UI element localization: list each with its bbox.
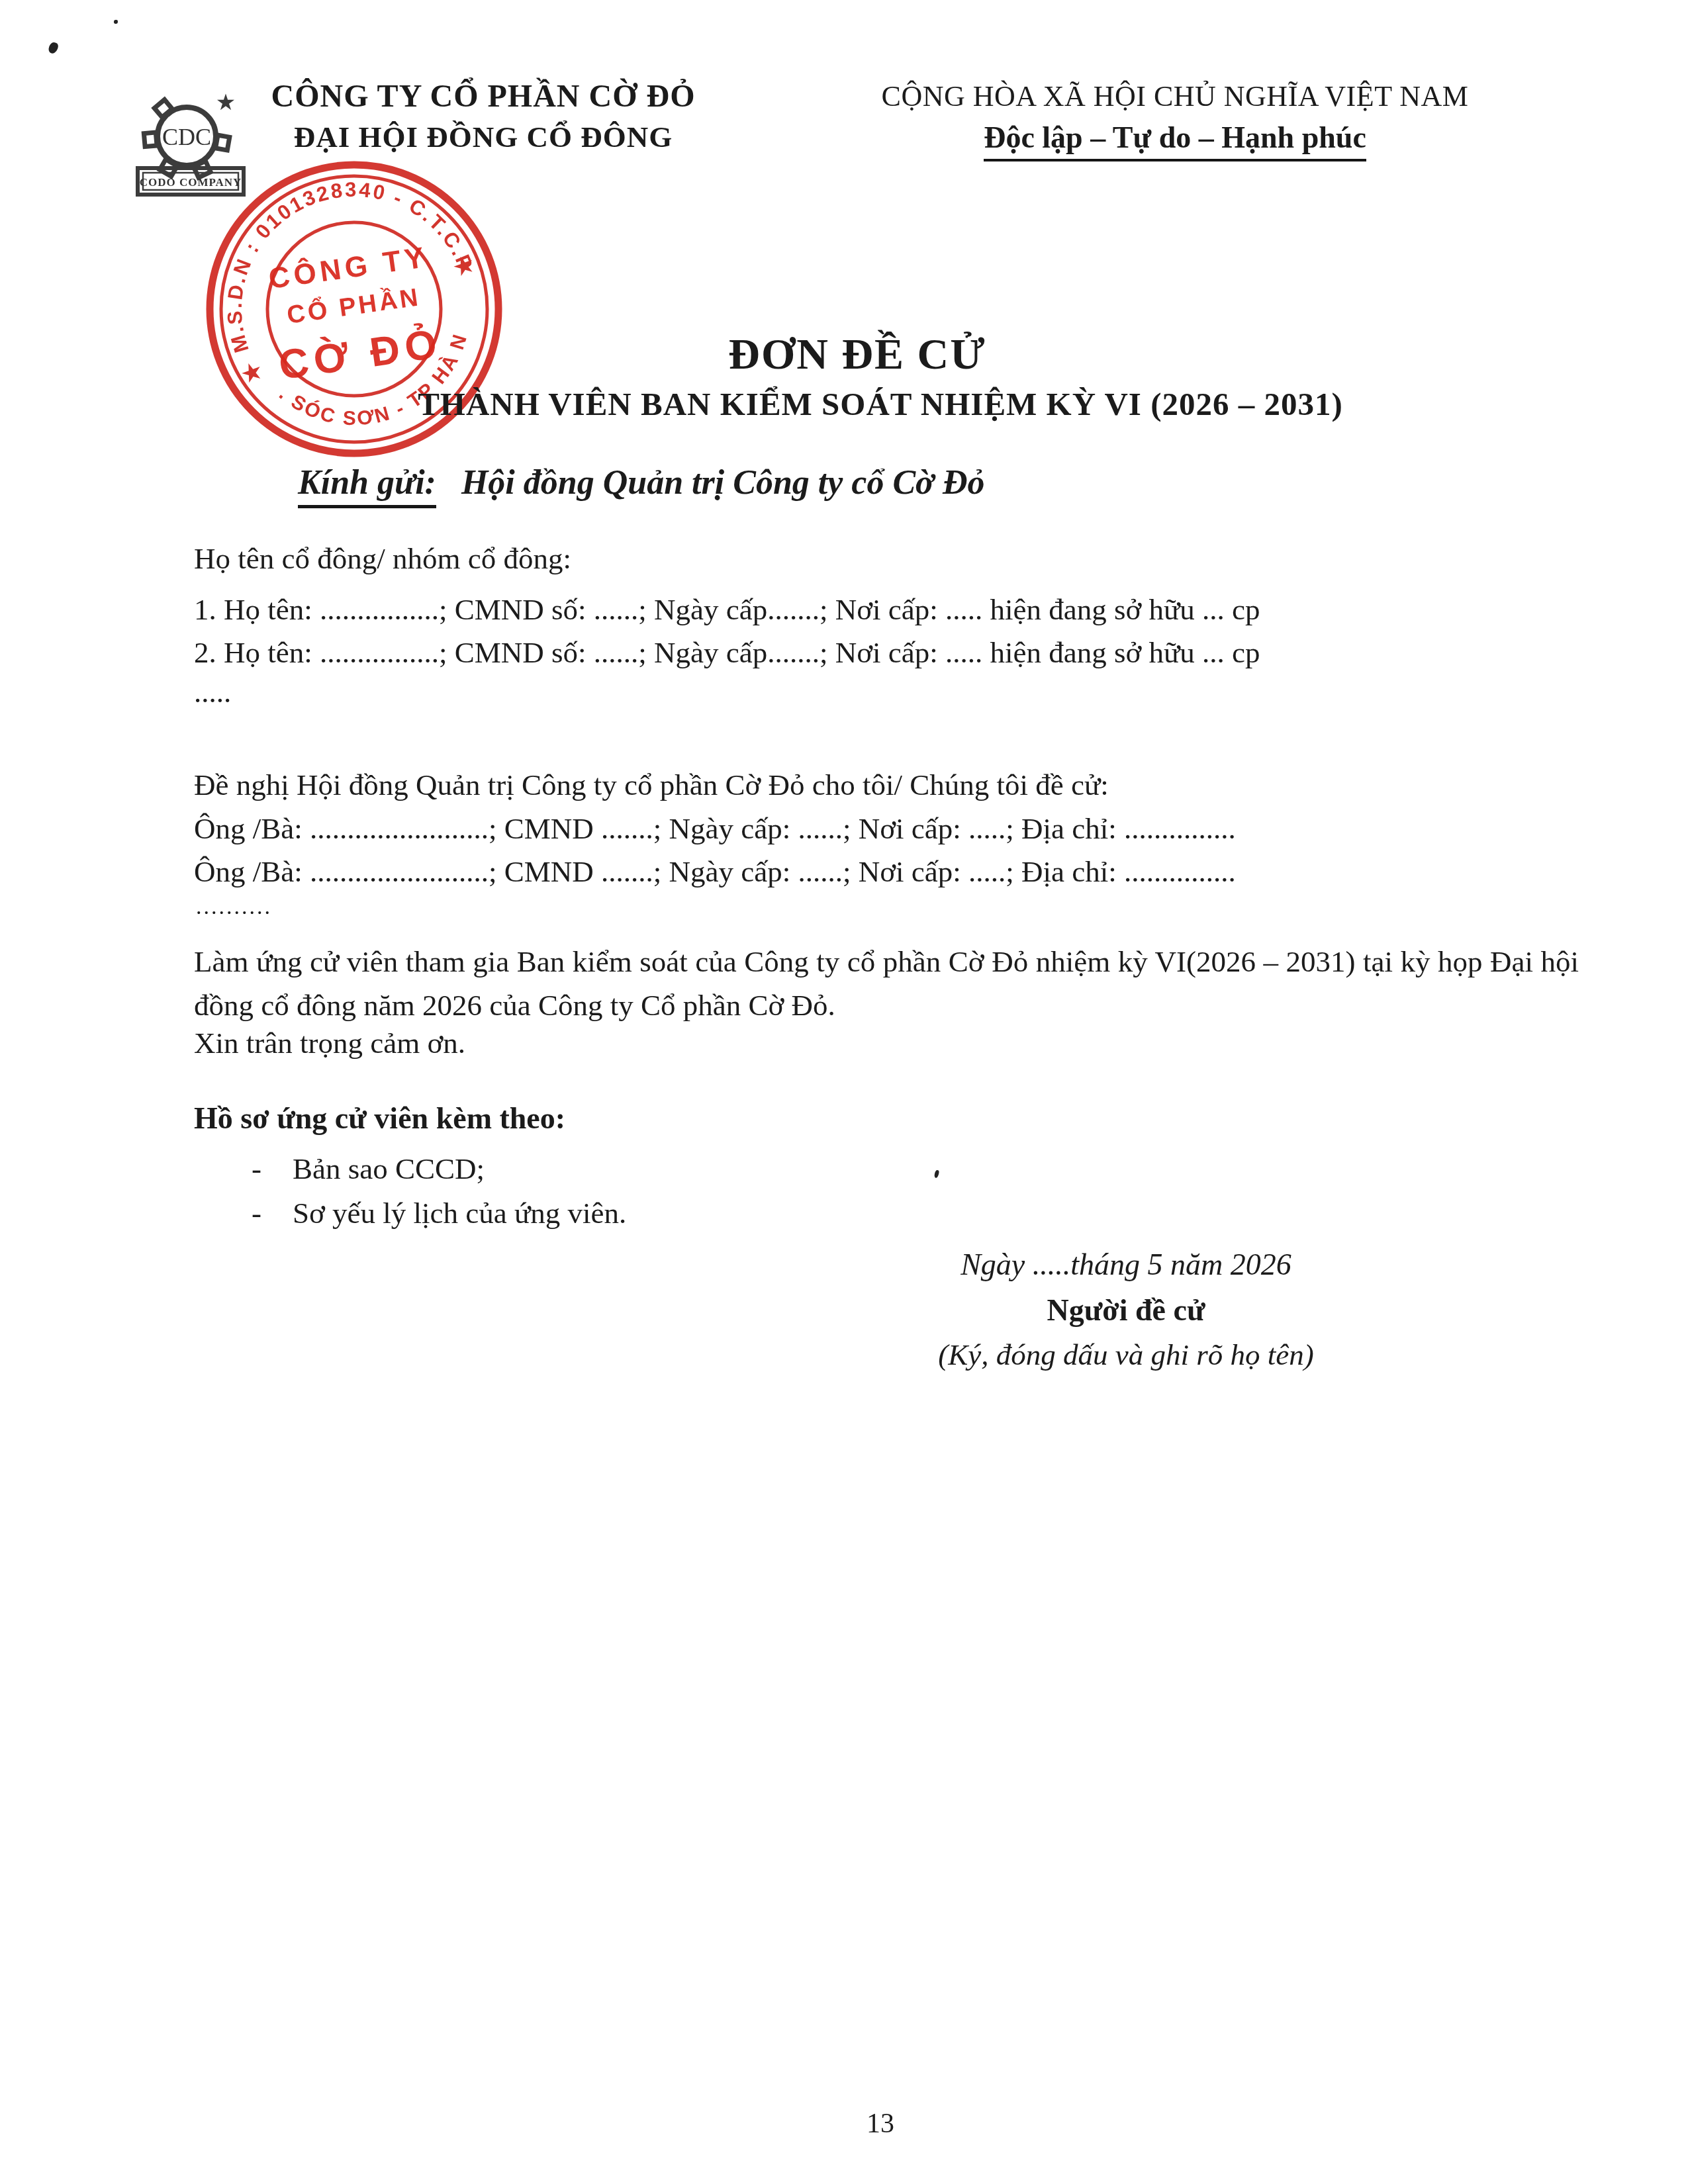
gear-tooth (216, 135, 230, 150)
shareholder-line-1: 1. Họ tên: ................; CMND số: ..… (194, 592, 1260, 627)
bullet-dash: - (252, 1152, 293, 1186)
gear-tooth (144, 132, 157, 146)
nominee-line-1: Ông /Bà: ........................; CMND … (194, 811, 1236, 846)
bullet-dash: - (252, 1196, 293, 1230)
salutation-recipient: Hội đồng Quản trị Công ty cổ Cờ Đỏ (461, 464, 985, 502)
shareholder-intro: Họ tên cổ đông/ nhóm cổ đông: (194, 541, 571, 576)
shareholder-line-2: 2. Họ tên: ................; CMND số: ..… (194, 635, 1260, 670)
document-page: CDC ★ CODO COMPANY CÔNG TY CỔ PHẦN CỜ ĐỎ… (0, 0, 1688, 2184)
attachment-item: -Bản sao CCCD; (252, 1152, 485, 1186)
purpose-paragraph: Làm ứng cử viên tham gia Ban kiểm soát c… (194, 940, 1579, 1027)
ellipsis-line: ..... (194, 675, 231, 709)
header-company-block: CÔNG TY CỔ PHẦN CỜ ĐỎ ĐẠI HỘI ĐỒNG CỔ ĐÔ… (265, 78, 702, 154)
form-title: ĐƠN ĐỀ CỬ (0, 330, 1688, 380)
header-national-block: CỘNG HÒA XÃ HỘI CHỦ NGHĨA VIỆT NAM Độc l… (841, 79, 1509, 161)
signature-note: (Ký, đóng dấu và ghi rõ họ tên) (898, 1338, 1354, 1372)
ink-speck (934, 1170, 939, 1179)
national-motto-line1: CỘNG HÒA XÃ HỘI CHỦ NGHĨA VIỆT NAM (841, 79, 1509, 113)
ellipsis-line-small: .......... (196, 895, 272, 920)
company-name: CÔNG TY CỔ PHẦN CỜ ĐỎ (265, 78, 702, 114)
request-line: Đề nghị Hội đồng Quản trị Công ty cổ phầ… (194, 768, 1109, 802)
national-motto-line2: Độc lập – Tự do – Hạnh phúc (984, 120, 1366, 161)
ink-speck (47, 41, 59, 54)
salutation-label: Kính gửi: (298, 463, 436, 508)
issuing-body: ĐẠI HỘI ĐỒNG CỔ ĐÔNG (265, 120, 702, 154)
signature-date-line: Ngày .....tháng 5 năm 2026 (898, 1247, 1354, 1282)
ink-speck (114, 20, 118, 24)
attachment-item-label: Bản sao CCCD; (293, 1152, 485, 1185)
attachment-item-label: Sơ yếu lý lịch của ứng viên. (293, 1197, 626, 1230)
salutation-line: Kính gửi:Hội đồng Quản trị Công ty cổ Cờ… (298, 463, 985, 508)
form-subtitle: THÀNH VIÊN BAN KIỂM SOÁT NHIỆM KỲ VI (20… (0, 385, 1688, 423)
signature-role: Người đề cử (898, 1293, 1354, 1328)
attachment-item: -Sơ yếu lý lịch của ứng viên. (252, 1196, 626, 1230)
star-icon: ★ (216, 91, 236, 115)
nominee-line-2: Ông /Bà: ........................; CMND … (194, 854, 1236, 889)
thanks-line: Xin trân trọng cảm ơn. (194, 1026, 465, 1060)
page-number: 13 (0, 2108, 1688, 2140)
logo-monogram: CDC (162, 124, 211, 150)
attachments-heading: Hồ sơ ứng cử viên kèm theo: (194, 1101, 565, 1136)
